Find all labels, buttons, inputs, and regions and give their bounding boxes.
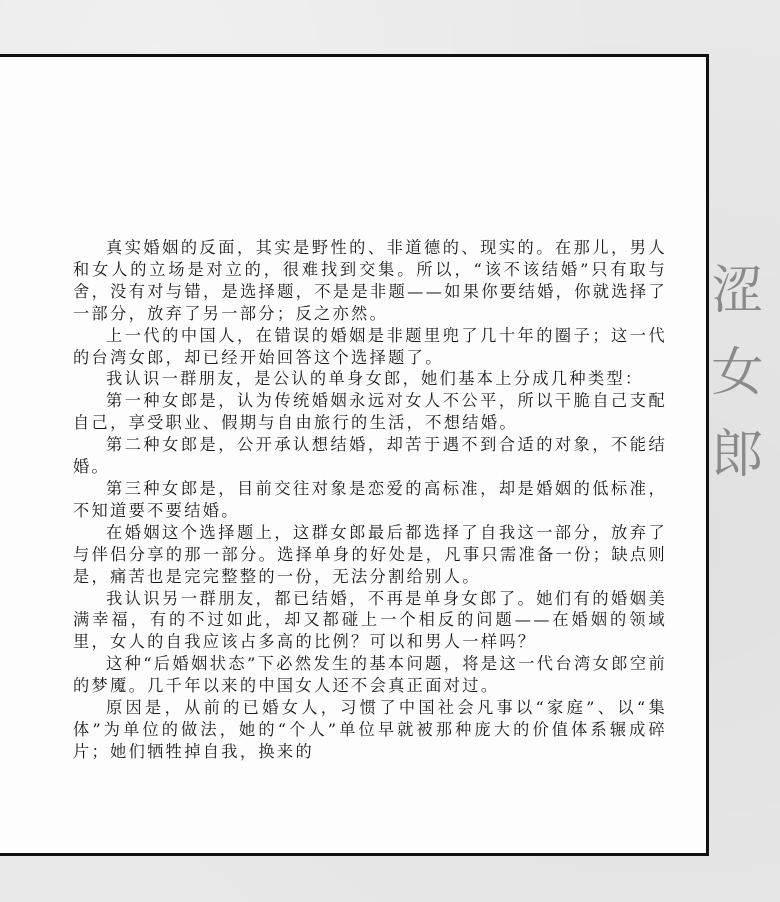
paragraph: 第一种女郎是，认为传统婚姻永远对女人不公平，所以干脆自己支配自己，享受职业、假期… xyxy=(73,390,667,434)
paragraph: 这种“后婚姻状态”下必然发生的基本问题，将是这一代台湾女郎空前的梦魇。几千年以来… xyxy=(73,653,667,697)
paragraph: 第二种女郎是，公开承认想结婚，却苦于遇不到合适的对象，不能结婚。 xyxy=(73,434,667,478)
chapter-side-title: 涩女郎 xyxy=(722,262,774,508)
paragraph: 原因是，从前的已婚女人，习惯了中国社会凡事以“家庭”、以“集体”为单位的做法，她… xyxy=(73,697,667,763)
paragraph: 第三种女郎是，目前交往对象是恋爱的高标准，却是婚姻的低标准，不知道要不要结婚。 xyxy=(73,478,667,522)
paragraph: 我认识另一群朋友，都已结婚，不再是单身女郎了。她们有的婚姻美满幸福，有的不过如此… xyxy=(73,588,667,654)
paragraph: 真实婚姻的反面，其实是野性的、非道德的、现实的。在那儿，男人和女人的立场是对立的… xyxy=(73,237,667,325)
paragraph: 在婚姻这个选择题上，这群女郎最后都选择了自我这一部分，放弃了与伴侣分享的那一部分… xyxy=(73,522,667,588)
paragraph: 上一代的中国人，在错误的婚姻是非题里兜了几十年的圈子；这一代的台湾女郎，却已经开… xyxy=(73,325,667,369)
body-text: 真实婚姻的反面，其实是野性的、非道德的、现实的。在那儿，男人和女人的立场是对立的… xyxy=(73,237,667,763)
paragraph: 我认识一群朋友，是公认的单身女郎，她们基本上分成几种类型： xyxy=(73,368,667,390)
